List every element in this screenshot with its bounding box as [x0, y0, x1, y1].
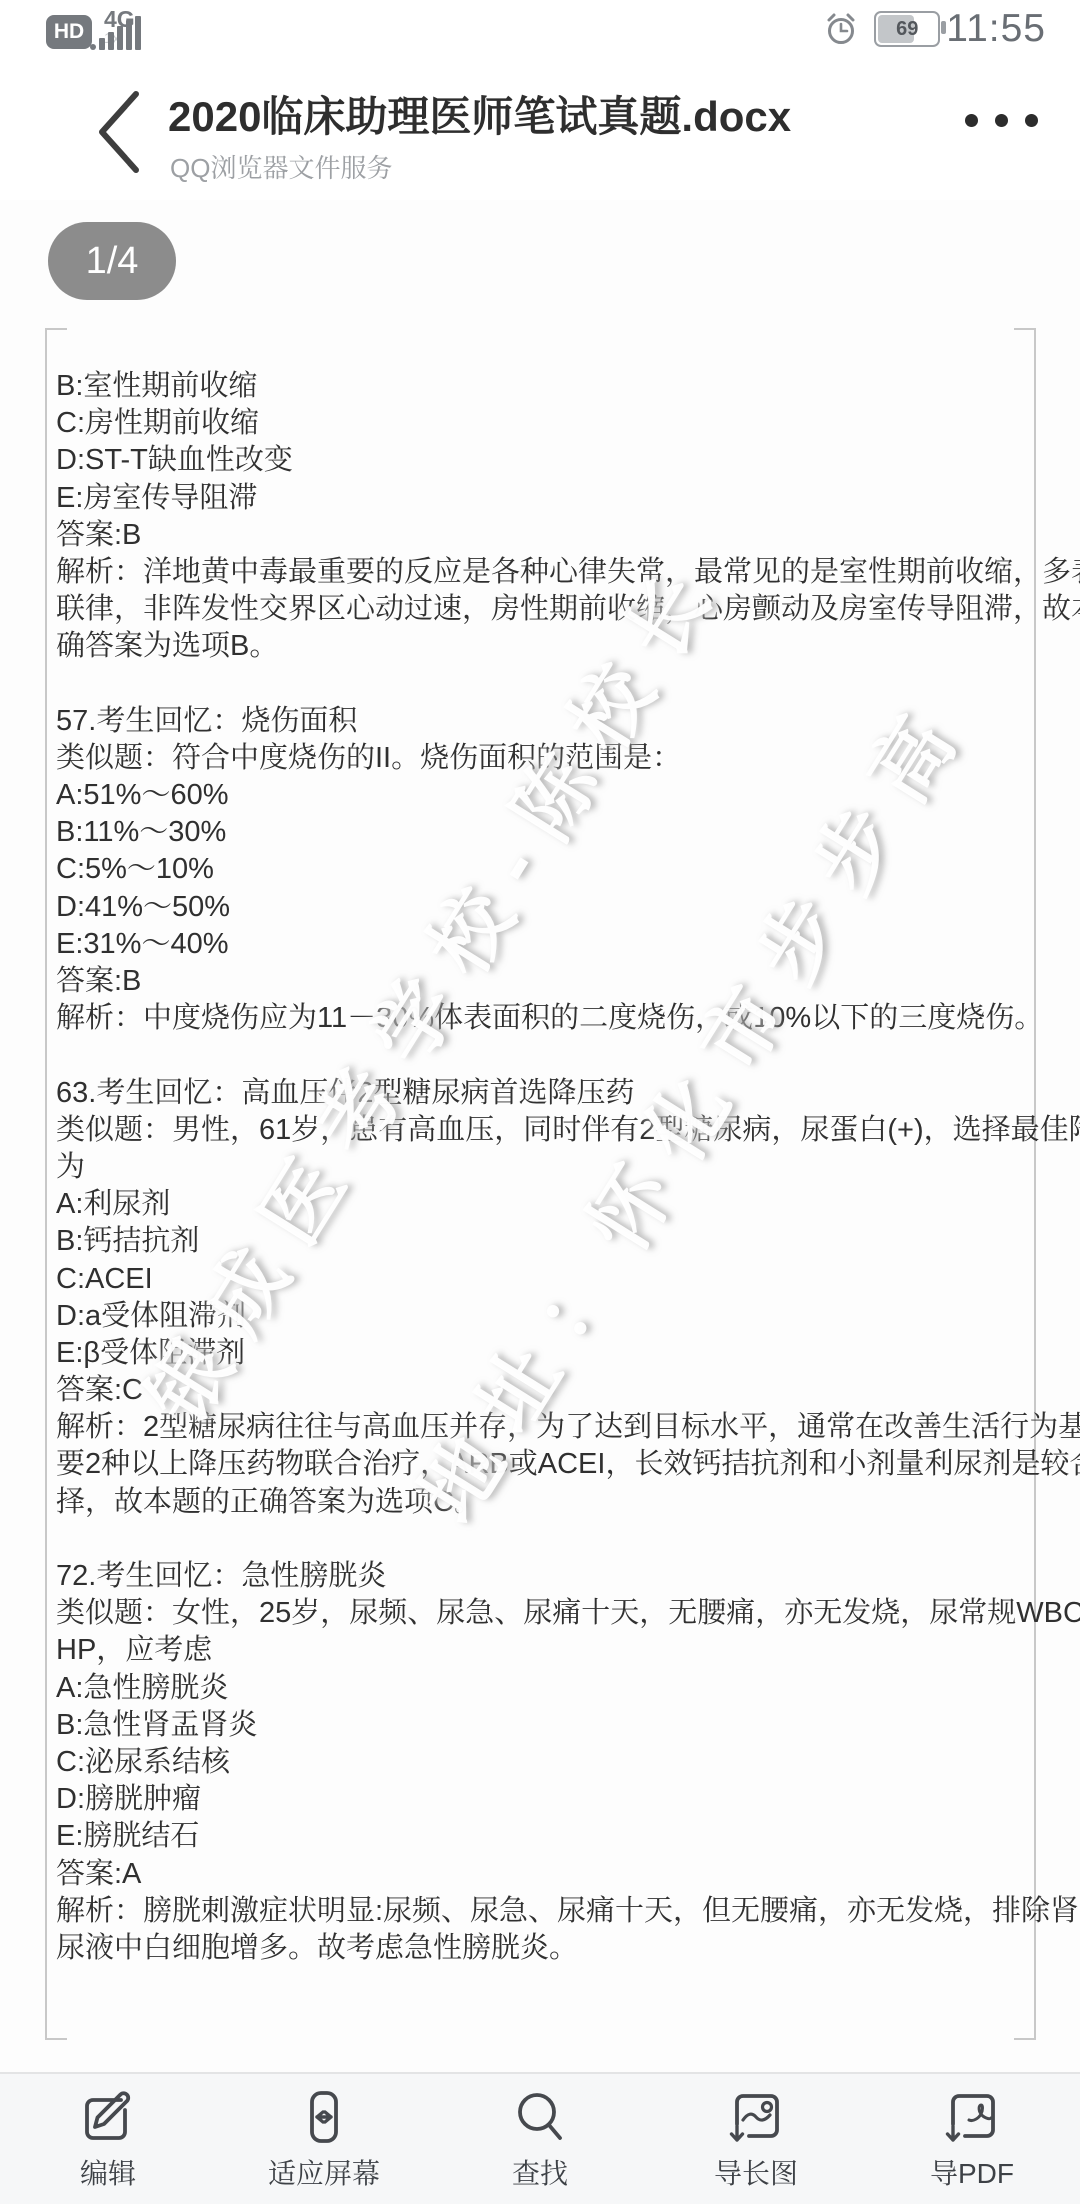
dot-icon: [965, 114, 978, 127]
clock-time-label: 11:55: [946, 7, 1046, 51]
document-line: 答案:A: [56, 1856, 1046, 1893]
document-line: [56, 1521, 1046, 1558]
document-line: 联律，非阵发性交界区心动过速，房性期前收缩，心房颤动及房室传导阻滞，故本题的正: [56, 591, 1046, 628]
document-line: 类似题：女性，25岁，尿频、尿急、尿痛十天，无腰痛，亦无发烧，尿常规WBC 20…: [56, 1595, 1046, 1632]
document-viewport[interactable]: 1/4 B:室性期前收缩C:房性期前收缩D:ST-T缺血性改变E:房室传导阻滞答…: [0, 200, 1080, 2072]
document-line: 72.考生回忆：急性膀胱炎: [56, 1558, 1046, 1595]
bottom-toolbar: 编辑 适应屏幕 查找 导长图 导PDF: [0, 2072, 1080, 2204]
status-left-group: HD 4G 1x: [46, 10, 148, 50]
fit-screen-icon: [293, 2086, 355, 2148]
document-line: B:室性期前收缩: [56, 368, 1046, 405]
document-line: 类似题：男性，61岁，患有高血压，同时伴有2型糖尿病，尿蛋白(+)，选择最佳降压…: [56, 1112, 1046, 1149]
document-line: HP，应考虑: [56, 1632, 1046, 1669]
document-line: C:房性期前收缩: [56, 405, 1046, 442]
document-text: B:室性期前收缩C:房性期前收缩D:ST-T缺血性改变E:房室传导阻滞答案:B解…: [56, 368, 1046, 1967]
hd-voice-icon: HD: [46, 15, 92, 49]
dot-icon: [1025, 114, 1038, 127]
dot-icon: [995, 114, 1008, 127]
back-button[interactable]: [84, 84, 154, 180]
export-pdf-icon: [941, 2086, 1003, 2148]
more-menu-button[interactable]: [948, 114, 1038, 127]
export-pdf-button[interactable]: 导PDF: [864, 2074, 1080, 2204]
page-corner-bottom-right: [1014, 2038, 1036, 2040]
page-number-badge: 1/4: [48, 222, 176, 300]
document-line: 答案:B: [56, 963, 1046, 1000]
fit-screen-button[interactable]: 适应屏幕: [216, 2074, 432, 2204]
page-corner-bottom-left: [45, 2038, 67, 2040]
document-line: E:膀胱结石: [56, 1818, 1046, 1855]
document-line: 要2种以上降压药物联合治疗，ARB或ACEI，长效钙拮抗剂和小剂量利尿剂是较合理…: [56, 1446, 1046, 1483]
edit-button[interactable]: 编辑: [0, 2074, 216, 2204]
document-line: A:急性膀胱炎: [56, 1670, 1046, 1707]
document-line: E:31%～40%: [56, 926, 1046, 963]
find-button[interactable]: 查找: [432, 2074, 648, 2204]
document-line: C:泌尿系结核: [56, 1744, 1046, 1781]
export-long-image-icon: [725, 2086, 787, 2148]
battery-percent-label: 69: [876, 13, 938, 45]
alarm-clock-icon: [824, 12, 858, 46]
page-corner-top-left: [45, 328, 67, 330]
document-source-label: QQ浏览器文件服务: [170, 148, 392, 185]
edit-icon: [77, 2086, 139, 2148]
document-line: 解析：膀胱刺激症状明显:尿频、尿急、尿痛十天，但无腰痛，亦无发烧，排除肾脏疾病，: [56, 1893, 1046, 1930]
toolbar-label: 导长图: [714, 2152, 798, 2192]
document-line: D:膀胱肿瘤: [56, 1781, 1046, 1818]
toolbar-label: 适应屏幕: [268, 2152, 380, 2192]
document-line: 为: [56, 1149, 1046, 1186]
document-line: 尿液中白细胞增多。故考虑急性膀胱炎。: [56, 1930, 1046, 1967]
document-line: D:ST-T缺血性改变: [56, 442, 1046, 479]
document-line: 择，故本题的正确答案为选项C。: [56, 1484, 1046, 1521]
document-line: 确答案为选项B。: [56, 628, 1046, 665]
signal-bars-icon: [90, 16, 144, 50]
document-title: 2020临床助理医师笔试真题.docx: [168, 84, 948, 144]
toolbar-label: 编辑: [80, 2152, 136, 2192]
document-line: [56, 1037, 1046, 1074]
toolbar-label: 查找: [512, 2152, 568, 2192]
export-long-image-button[interactable]: 导长图: [648, 2074, 864, 2204]
document-line: 解析：洋地黄中毒最重要的反应是各种心律失常，最常见的是室性期前收缩，多表现为二: [56, 554, 1046, 591]
document-line: B:急性肾盂肾炎: [56, 1707, 1046, 1744]
battery-icon: 69: [874, 11, 940, 47]
document-line: 答案:B: [56, 517, 1046, 554]
status-right-group: 69 11:55: [824, 8, 1046, 50]
status-bar: HD 4G 1x 69 11:55: [0, 0, 1080, 56]
document-line: E:房室传导阻滞: [56, 480, 1046, 517]
header-bar: 2020临床助理医师笔试真题.docx QQ浏览器文件服务: [0, 56, 1080, 202]
toolbar-label: 导PDF: [930, 2152, 1014, 2192]
document-line: 63.考生回忆：高血压伴2型糖尿病首选降压药: [56, 1075, 1046, 1112]
page-border-left: [45, 328, 47, 2040]
search-icon: [509, 2086, 571, 2148]
page-corner-top-right: [1014, 328, 1036, 330]
document-line: 解析：中度烧伤应为11－30%体表面积的二度烧伤，或10%以下的三度烧伤。: [56, 1000, 1046, 1037]
